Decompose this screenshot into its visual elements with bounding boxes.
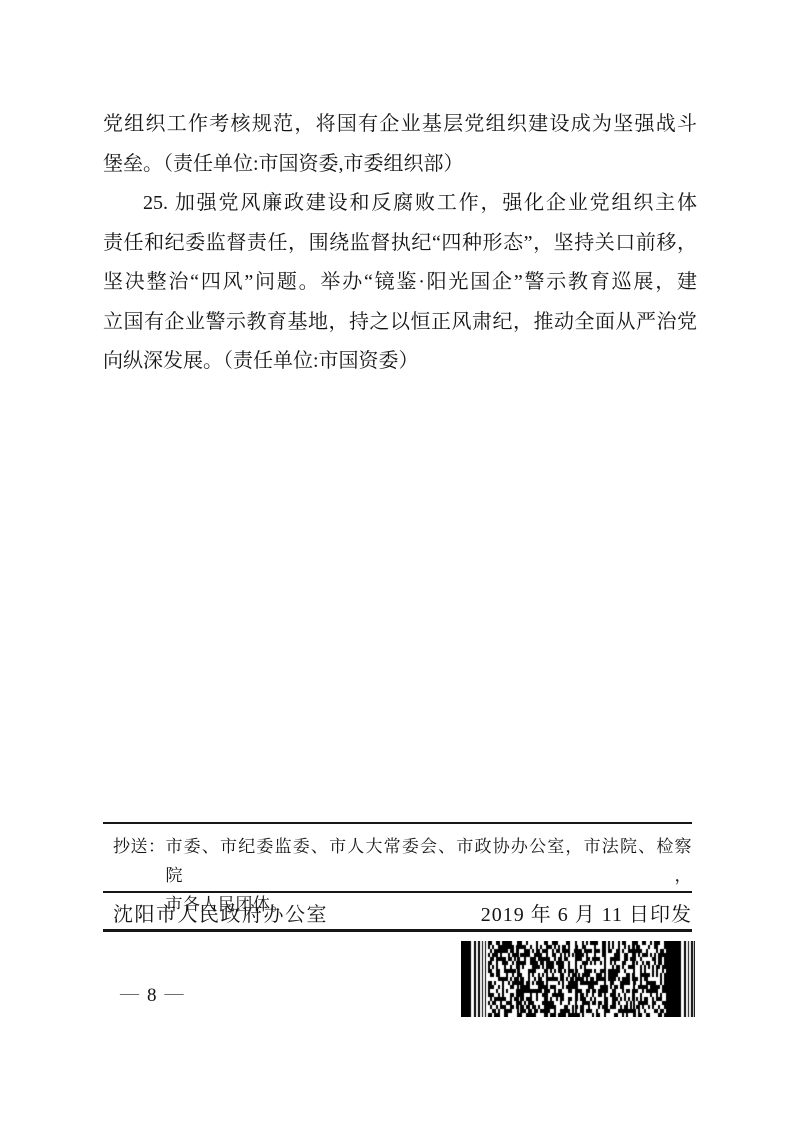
body-text-line: 25. 加强党风廉政建设和反腐败工作，强化企业党组织主体	[103, 184, 697, 224]
page-number-dash-right: —	[165, 983, 184, 1005]
footer-rule-bottom	[103, 929, 692, 932]
print-date: 2019 年 6 月 11 日印发	[481, 898, 692, 927]
page-number: — 8 —	[120, 985, 184, 1007]
issuer-name: 沈阳市人民政府办公室	[113, 898, 328, 927]
document-page: 党组织工作考核规范，将国有企业基层党组织建设成为坚强战斗堡垒。（责任单位:市国资…	[0, 0, 793, 1122]
pdf417-barcode	[461, 941, 695, 1017]
body-text-line: 党组织工作考核规范，将国有企业基层党组织建设成为坚强战斗	[103, 105, 697, 145]
body-text: 党组织工作考核规范，将国有企业基层党组织建设成为坚强战斗堡垒。（责任单位:市国资…	[103, 105, 697, 382]
footer-rule-middle	[103, 891, 692, 893]
page-number-value: 8	[147, 985, 157, 1007]
body-text-line: 向纵深发展。（责任单位:市国资委）	[103, 342, 697, 382]
body-text-line: 堡垒。（责任单位:市国资委,市委组织部）	[103, 145, 697, 185]
issuer-row: 沈阳市人民政府办公室 2019 年 6 月 11 日印发	[113, 896, 692, 929]
body-text-line: 坚决整治“四风”问题。举办“镜鉴·阳光国企”警示教育巡展，建	[103, 263, 697, 303]
page-number-dash-left: —	[120, 983, 139, 1005]
body-text-line: 立国有企业警示教育基地，持之以恒正风肃纪，推动全面从严治党	[103, 303, 697, 343]
copy-to-line: 市委、市纪委监委、市人大常委会、市政协办公室，市法院、检察院，	[166, 832, 693, 890]
footer-rule-top	[103, 822, 692, 824]
body-text-line: 责任和纪委监督责任，围绕监督执纪“四种形态”，坚持关口前移，	[103, 224, 697, 264]
